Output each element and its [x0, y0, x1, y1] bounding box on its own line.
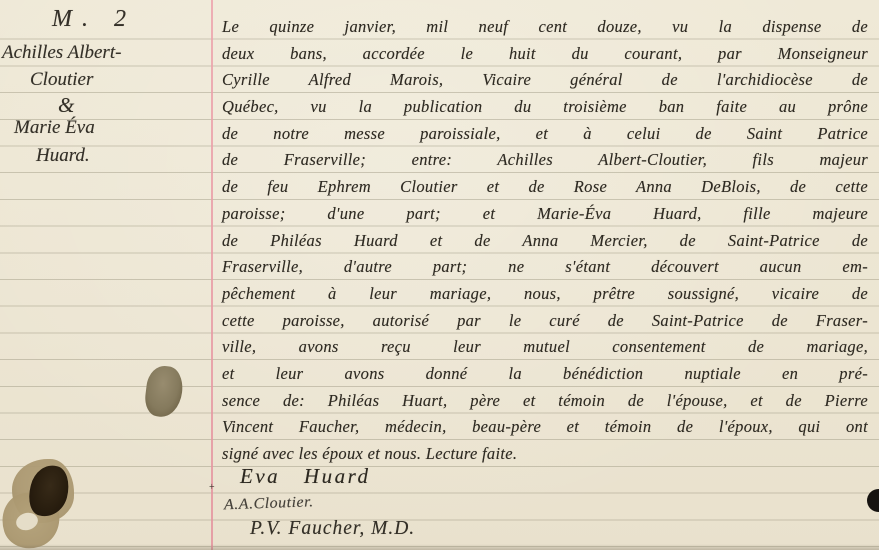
record-line: Fraserville, d'autre part; ne s'étant dé… [222, 254, 868, 281]
record-line: cette paroisse, autorisé par le curé de … [222, 308, 868, 335]
record-line: deux bans, accordée le huit du courant, … [222, 41, 868, 68]
record-line: de notre messe paroissiale, et à celui d… [222, 121, 868, 148]
ink-speck: + [209, 482, 215, 493]
bride-name-line2: Huard. [36, 145, 90, 167]
record-line: Cyrille Alfred Marois, Vicaire général d… [222, 67, 868, 94]
record-line: Québec, vu la publication du troisième b… [222, 94, 868, 121]
signature-eva-huard: Eva Huard [240, 464, 370, 489]
record-line: paroisse; d'une part; et Marie-Éva Huard… [222, 201, 868, 228]
record-line: et leur avons donné la bénédiction nupti… [222, 361, 868, 388]
bride-name-line1: Marie Éva [14, 117, 95, 139]
page-bottom-edge [0, 544, 879, 550]
record-line: de Fraserville; entre: Achilles Albert-C… [222, 147, 868, 174]
record-line: Vincent Faucher, médecin, beau-père et t… [222, 414, 868, 441]
margin-annotation: M. 2 Achilles Albert- Cloutier & Marie É… [0, 0, 211, 220]
groom-name-line1: Achilles Albert- [2, 42, 121, 64]
record-body-text: Le quinze janvier, mil neuf cent douze, … [222, 14, 868, 468]
groom-name-line2: Cloutier [30, 69, 93, 91]
record-line: Le quinze janvier, mil neuf cent douze, … [222, 14, 868, 41]
record-line: sence de: Philéas Huart, père et témoin … [222, 388, 868, 415]
signature-faucher-md: P.V. Faucher, M.D. [250, 518, 415, 540]
record-line: pêchement à leur mariage, nous, prêtre s… [222, 281, 868, 308]
signature-cloutier: A.A.Cloutier. [224, 494, 314, 514]
register-page: M. 2 Achilles Albert- Cloutier & Marie É… [0, 0, 879, 550]
ampersand-symbol: & [58, 93, 74, 118]
entry-number: M. 2 [52, 6, 136, 33]
record-line: de feu Ephrem Cloutier et de Rose Anna D… [222, 174, 868, 201]
margin-rule-line [211, 0, 213, 550]
record-line: ville, avons reçu leur mutuel consenteme… [222, 334, 868, 361]
record-line: de Philéas Huard et de Anna Mercier, de … [222, 228, 868, 255]
